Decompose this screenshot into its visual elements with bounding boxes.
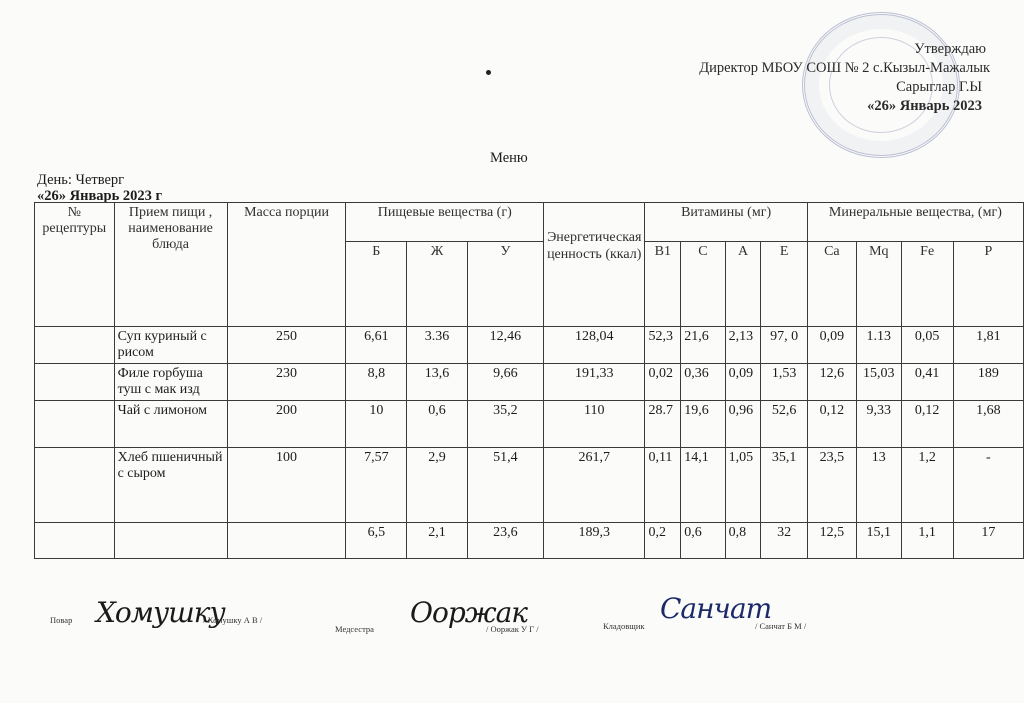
cell-magnesium: 13 (856, 448, 901, 523)
cell-phosphorus: - (953, 448, 1023, 523)
cell-recipe-no (35, 448, 115, 523)
day-label: День: Четверг (37, 172, 124, 189)
approval-date: «26» Январь 2023 (699, 97, 990, 116)
storekeeper-label: Кладовщик (603, 621, 645, 631)
cell-portion (227, 523, 346, 559)
cell-vitamin-a: 0,8 (725, 523, 761, 559)
cell-carbs: 35,2 (467, 401, 543, 448)
cell-protein: 8,8 (346, 364, 407, 401)
header-dish: Прием пищи , наименование блюда (114, 203, 227, 327)
cell-vitamin-c: 21,6 (681, 327, 725, 364)
cell-phosphorus: 1,81 (953, 327, 1023, 364)
cell-magnesium: 15,03 (856, 364, 901, 401)
cell-fat: 0,6 (407, 401, 468, 448)
cell-vitamin-c: 14,1 (681, 448, 725, 523)
cell-dish: Хлеб пшеничный с сыром (114, 448, 227, 523)
cell-vitamin-e: 97, 0 (761, 327, 807, 364)
header-calcium: Са (807, 242, 856, 327)
table-row: Чай с лимоном200100,635,211028.719,60,96… (35, 401, 1024, 448)
header-carbs: У (467, 242, 543, 327)
header-nutrients-group: Пищевые вещества (г) (346, 203, 544, 242)
approval-block: Утверждаю Директор МБОУ СОШ № 2 с.Кызыл-… (699, 40, 990, 116)
approval-director-name: Сарыглар Г.Ы (699, 78, 990, 97)
cell-calcium: 12,5 (807, 523, 856, 559)
cell-energy: 189,3 (544, 523, 645, 559)
header-vitamin-b1: В1 (645, 242, 681, 327)
cell-magnesium: 1.13 (856, 327, 901, 364)
cell-recipe-no (35, 523, 115, 559)
storekeeper-name: / Санчат Б М / (755, 621, 806, 631)
cell-vitamin-e: 32 (761, 523, 807, 559)
cell-calcium: 23,5 (807, 448, 856, 523)
table-row: Суп куриный с рисом2506,613.3612,46128,0… (35, 327, 1024, 364)
cell-fat: 2,1 (407, 523, 468, 559)
header-portion: Масса порции (227, 203, 346, 327)
menu-table: № рецептуры Прием пищи , наименование бл… (34, 202, 1024, 559)
cell-phosphorus: 17 (953, 523, 1023, 559)
header-vitamin-e: Е (761, 242, 807, 327)
table-row: Хлеб пшеничный с сыром1007,572,951,4261,… (35, 448, 1024, 523)
cell-phosphorus: 1,68 (953, 401, 1023, 448)
cell-recipe-no (35, 401, 115, 448)
cook-name: / Хомушку А В / (203, 615, 262, 625)
cell-dish: Чай с лимоном (114, 401, 227, 448)
cell-recipe-no (35, 364, 115, 401)
cell-dish: Суп куриный с рисом (114, 327, 227, 364)
approval-heading: Утверждаю (699, 40, 990, 59)
cell-vitamin-c: 19,6 (681, 401, 725, 448)
cell-calcium: 12,6 (807, 364, 856, 401)
approval-position: Директор МБОУ СОШ № 2 с.Кызыл-Мажалык (699, 59, 990, 78)
cell-energy: 128,04 (544, 327, 645, 364)
cell-fat: 3.36 (407, 327, 468, 364)
cell-vitamin-a: 2,13 (725, 327, 761, 364)
cell-protein: 7,57 (346, 448, 407, 523)
cell-carbs: 9,66 (467, 364, 543, 401)
cell-portion: 200 (227, 401, 346, 448)
table-row: Филе горбуша туш с мак изд2308,813,69,66… (35, 364, 1024, 401)
cell-carbs: 12,46 (467, 327, 543, 364)
cell-vitamin-b1: 0,11 (645, 448, 681, 523)
cell-vitamin-a: 1,05 (725, 448, 761, 523)
cell-carbs: 51,4 (467, 448, 543, 523)
header-minerals-group: Минеральные вещества, (мг) (807, 203, 1023, 242)
cell-iron: 0,12 (901, 401, 953, 448)
nurse-name: / Ооржак У Г / (486, 624, 539, 634)
cell-vitamin-c: 0,36 (681, 364, 725, 401)
cell-phosphorus: 189 (953, 364, 1023, 401)
cell-vitamin-b1: 0,2 (645, 523, 681, 559)
cell-vitamin-a: 0,96 (725, 401, 761, 448)
header-iron: Fe (901, 242, 953, 327)
cell-fat: 2,9 (407, 448, 468, 523)
cell-dish: Филе горбуша туш с мак изд (114, 364, 227, 401)
cook-label: Повар (50, 615, 72, 625)
cell-carbs: 23,6 (467, 523, 543, 559)
cell-portion: 230 (227, 364, 346, 401)
cell-iron: 1,1 (901, 523, 953, 559)
header-protein: Б (346, 242, 407, 327)
cell-magnesium: 15,1 (856, 523, 901, 559)
cell-vitamin-e: 35,1 (761, 448, 807, 523)
cell-vitamin-b1: 0,02 (645, 364, 681, 401)
cell-vitamin-a: 0,09 (725, 364, 761, 401)
cell-vitamin-b1: 28.7 (645, 401, 681, 448)
cell-calcium: 0,09 (807, 327, 856, 364)
cell-energy: 110 (544, 401, 645, 448)
cell-energy: 191,33 (544, 364, 645, 401)
cell-protein: 10 (346, 401, 407, 448)
table-row: 6,52,123,6189,30,20,60,83212,515,11,117 (35, 523, 1024, 559)
cell-vitamin-e: 52,6 (761, 401, 807, 448)
header-fat: Ж (407, 242, 468, 327)
header-vitamin-c: С (681, 242, 725, 327)
cell-protein: 6,61 (346, 327, 407, 364)
header-vitamin-a: А (725, 242, 761, 327)
cell-protein: 6,5 (346, 523, 407, 559)
header-recipe-no: № рецептуры (35, 203, 115, 327)
ink-dot (486, 70, 491, 75)
cell-iron: 1,2 (901, 448, 953, 523)
cell-vitamin-e: 1,53 (761, 364, 807, 401)
cell-energy: 261,7 (544, 448, 645, 523)
cell-dish (114, 523, 227, 559)
header-vitamins-group: Витамины (мг) (645, 203, 807, 242)
cell-magnesium: 9,33 (856, 401, 901, 448)
header-magnesium: Мq (856, 242, 901, 327)
cell-fat: 13,6 (407, 364, 468, 401)
nurse-label: Медсестра (335, 624, 374, 634)
cell-recipe-no (35, 327, 115, 364)
cell-iron: 0,41 (901, 364, 953, 401)
document-title: Меню (490, 150, 528, 167)
cell-portion: 250 (227, 327, 346, 364)
cell-vitamin-b1: 52,3 (645, 327, 681, 364)
header-phosphorus: Р (953, 242, 1023, 327)
header-energy: Энергетическая ценность (ккал) (544, 203, 645, 327)
cell-vitamin-c: 0,6 (681, 523, 725, 559)
cell-iron: 0,05 (901, 327, 953, 364)
cell-calcium: 0,12 (807, 401, 856, 448)
cell-portion: 100 (227, 448, 346, 523)
